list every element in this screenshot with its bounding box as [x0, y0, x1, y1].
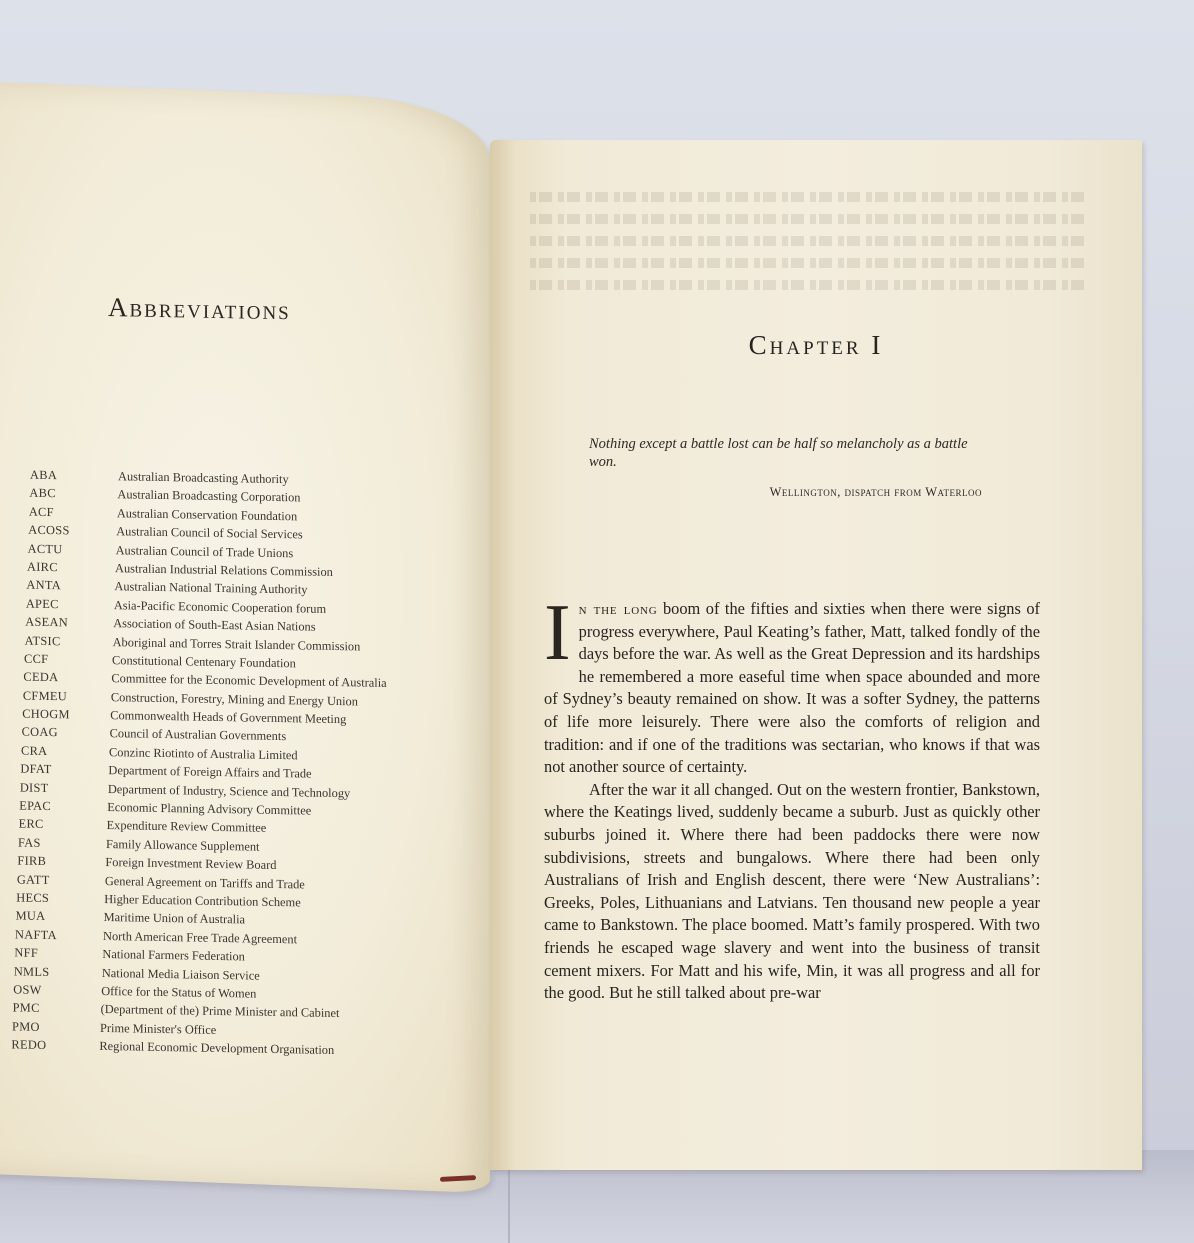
abbreviation-code: CFMEU: [23, 688, 111, 705]
abbreviation-code: CCF: [24, 652, 112, 669]
paragraph-2: After the war it all changed. Out on the…: [544, 779, 1040, 1005]
abbreviation-code: ACTU: [28, 541, 116, 558]
abbreviation-code: REDO: [11, 1037, 99, 1054]
epigraph: Nothing except a battle lost can be half…: [589, 435, 989, 471]
abbreviation-code: PMO: [12, 1019, 100, 1036]
right-page: Chapter I Nothing except a battle lost c…: [490, 140, 1142, 1170]
abbreviation-code: CHOGM: [22, 707, 110, 724]
abbreviation-code: MUA: [16, 909, 104, 926]
table-seam: [508, 1168, 510, 1243]
chapter-body: In the long boom of the fifties and sixt…: [544, 598, 1040, 1005]
abbreviation-code: COAG: [22, 725, 110, 742]
paragraph-1-text: boom of the fifties and sixties when the…: [544, 599, 1040, 776]
abbreviations-list: ABAAustralian Broadcasting AuthorityABCA…: [30, 468, 450, 1064]
abbreviation-code: ASEAN: [25, 615, 113, 632]
chapter-title: Chapter I: [490, 330, 1142, 361]
abbreviation-code: PMC: [13, 1001, 101, 1018]
abbreviation-code: AIRC: [27, 560, 115, 577]
abbreviation-code: ERC: [19, 817, 107, 834]
abbreviation-code: ACOSS: [28, 523, 116, 540]
abbreviations-heading: Abbreviations: [108, 292, 358, 327]
abbreviation-code: ANTA: [26, 578, 114, 595]
show-through-texture: [530, 180, 1090, 300]
abbreviation-code: NMLS: [14, 964, 102, 981]
abbreviation-code: FIRB: [17, 854, 105, 871]
abbreviation-code: ABC: [29, 486, 117, 503]
abbreviation-code: FAS: [18, 835, 106, 852]
paragraph-1: In the long boom of the fifties and sixt…: [544, 598, 1040, 779]
abbreviation-code: CEDA: [23, 670, 111, 687]
lead-in-small-caps: n the long: [579, 599, 658, 618]
abbreviation-definition: Australian Broadcasting Authority: [118, 469, 450, 490]
abbreviation-code: GATT: [17, 872, 105, 889]
abbreviation-code: APEC: [26, 596, 114, 613]
abbreviation-code: EPAC: [19, 799, 107, 816]
abbreviation-code: NAFTA: [15, 927, 103, 944]
abbreviation-code: DIST: [20, 780, 108, 797]
epigraph-attribution: Wellington, dispatch from Waterloo: [690, 485, 982, 500]
left-page: Abbreviations ABAAustralian Broadcasting…: [0, 82, 490, 1193]
abbreviation-code: ATSIC: [25, 633, 113, 650]
drop-cap: I: [544, 602, 571, 668]
abbreviation-code: ACF: [29, 504, 117, 521]
abbreviation-code: CRA: [21, 743, 109, 760]
abbreviation-code: ABA: [30, 468, 118, 485]
abbreviation-code: HECS: [16, 890, 104, 907]
abbreviation-code: DFAT: [20, 762, 108, 779]
abbreviation-code: OSW: [13, 982, 101, 999]
abbreviation-code: NFF: [14, 946, 102, 963]
